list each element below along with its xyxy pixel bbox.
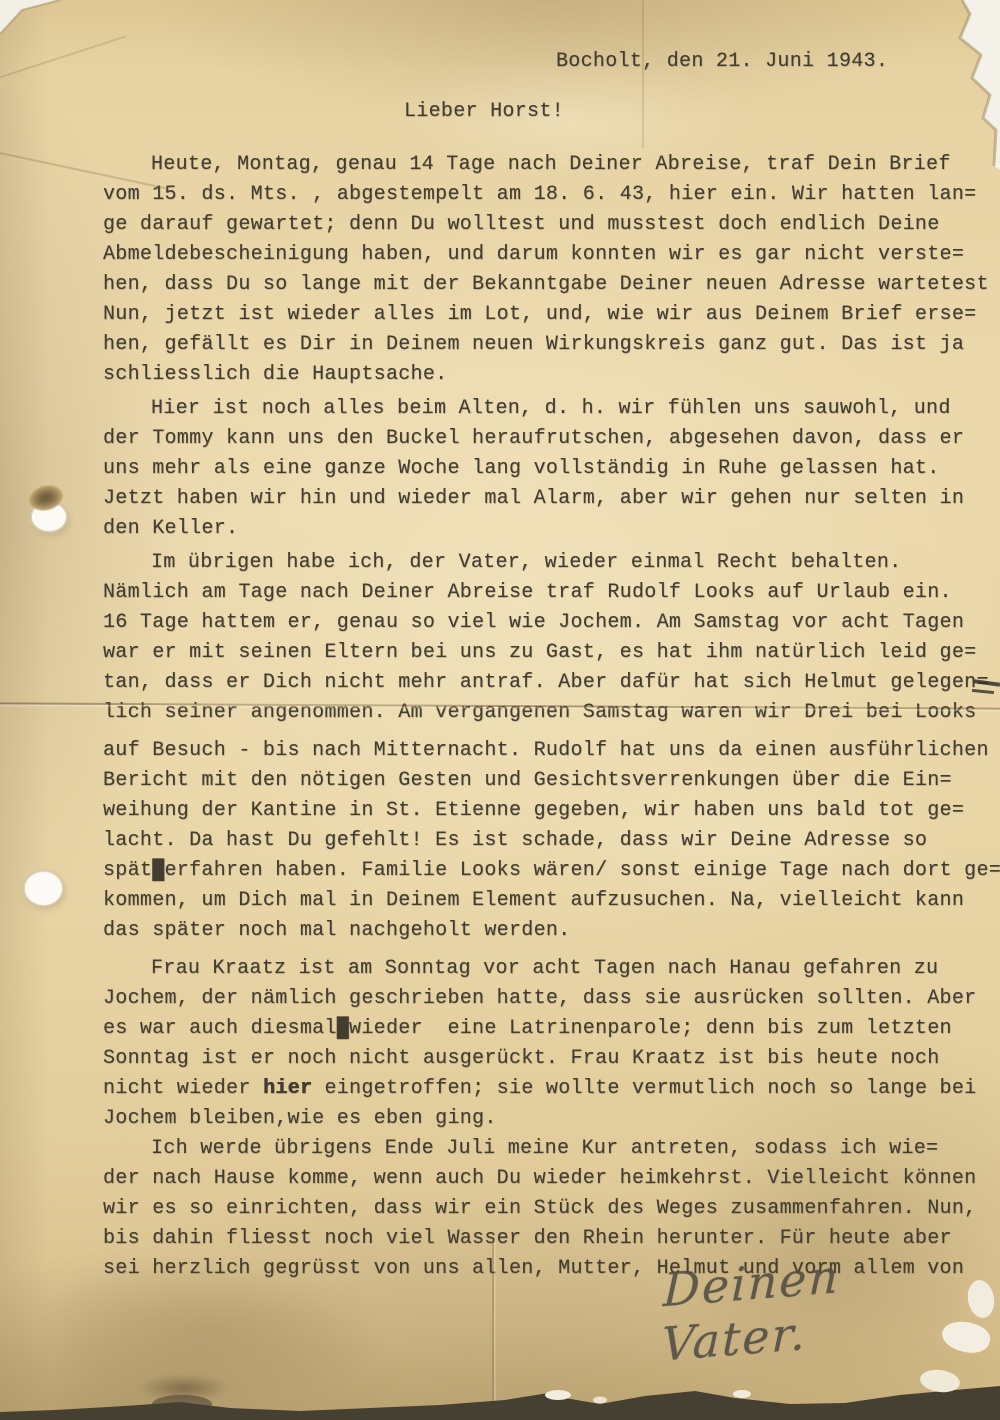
letter-line: vom 15. ds. Mts. , abgestempelt am 18. 6… — [103, 180, 1000, 210]
letter-line: Nämlich am Tage nach Deiner Abreise traf… — [103, 578, 1000, 608]
letter-line: weihung der Kantine in St. Etienne gegeb… — [103, 796, 1000, 826]
letter-line: wir es so einrichten, dass wir ein Stück… — [103, 1194, 1000, 1224]
letter-line: Jochem, der nämlich geschrieben hatte, d… — [103, 984, 1000, 1014]
letter-line: 16 Tage hattem er, genau so viel wie Joc… — [103, 608, 1000, 638]
fold-crease-vertical — [642, 0, 644, 148]
letter-line-emphasized: nicht wieder hier eingetroffen; sie woll… — [103, 1074, 1000, 1104]
letter-line: der nach Hause komme, wenn auch Du wiede… — [103, 1164, 1000, 1194]
letter-line: Jetzt haben wir hin und wieder mal Alarm… — [103, 484, 1000, 514]
letter-line: Abmeldebescheinigung haben, und darum ko… — [103, 240, 1000, 270]
letter-line: Bericht mit den nötigen Gesten und Gesic… — [103, 766, 1000, 796]
letter-line: ge darauf gewartet; denn Du wolltest und… — [103, 210, 1000, 240]
torn-edge-bottom — [0, 1382, 1000, 1420]
letter-line: das später noch mal nachgeholt werden. — [103, 916, 1000, 946]
letter-line: Jochem bleiben,wie es eben ging. — [103, 1104, 1000, 1134]
letter-line: spät█erfahren haben. Familie Looks wären… — [103, 856, 1000, 886]
dateline: Bocholt, den 21. Juni 1943. — [556, 47, 888, 77]
letter-line: Im übrigen habe ich, der Vater, wieder e… — [103, 548, 1000, 578]
letter-line: es war auch diesmal█wieder eine Latrinen… — [103, 1014, 1000, 1044]
letter-line: Frau Kraatz ist am Sonntag vor acht Tage… — [103, 954, 1000, 984]
punch-hole-bottom — [25, 872, 62, 905]
letter-line: hen, dass Du so lange mit der Bekanntgab… — [103, 270, 1000, 300]
torn-corner-top-left — [0, 0, 70, 40]
letter-line: lich seiner angenommen. Am vergangenen S… — [103, 698, 1000, 728]
letter-line: Sonntag ist er noch nicht ausgerückt. Fr… — [103, 1044, 1000, 1074]
letter-line: schliesslich die Hauptsache. — [103, 360, 1000, 390]
letter-line: auf Besuch - bis nach Mitternacht. Rudol… — [103, 736, 1000, 766]
letter-line: uns mehr als eine ganze Woche lang volls… — [103, 454, 1000, 484]
letter-line: Heute, Montag, genau 14 Tage nach Deiner… — [103, 150, 1000, 180]
scanned-letter-page: Bocholt, den 21. Juni 1943. Lieber Horst… — [0, 0, 1000, 1420]
letter-line: war er mit seinen Eltern bei uns zu Gast… — [103, 638, 1000, 668]
paragraph-4: Frau Kraatz ist am Sonntag vor acht Tage… — [103, 954, 1000, 1134]
paragraph-3: Im übrigen habe ich, der Vater, wieder e… — [103, 548, 1000, 946]
emphasized-word: hier — [263, 1077, 312, 1100]
letter-body: Heute, Montag, genau 14 Tage nach Deiner… — [103, 150, 1000, 1284]
letter-line: Hier ist noch alles beim Alten, d. h. wi… — [103, 394, 1000, 424]
letter-line: hen, gefällt es Dir in Deinem neuen Wirk… — [103, 330, 1000, 360]
salutation: Lieber Horst! — [404, 97, 564, 127]
line-segment: eingetroffen; sie wollte vermutlich noch… — [312, 1077, 976, 1100]
letter-line: tan, dass er Dich nicht mehr antraf. Abe… — [103, 668, 1000, 698]
letter-line: Ich werde übrigens Ende Juli meine Kur a… — [103, 1134, 1000, 1164]
letter-line: Nun, jetzt ist wieder alles im Lot, und,… — [103, 300, 1000, 330]
paragraph-2: Hier ist noch alles beim Alten, d. h. wi… — [103, 394, 1000, 544]
line-segment: nicht wieder — [103, 1077, 263, 1100]
letter-line: der Tommy kann uns den Buckel heraufruts… — [103, 424, 1000, 454]
torn-corner-top-right — [936, 0, 1000, 170]
letter-line: den Keller. — [103, 514, 1000, 544]
letter-line: kommen, um Dich mal in Deinem Element au… — [103, 886, 1000, 916]
paragraph-1: Heute, Montag, genau 14 Tage nach Deiner… — [103, 150, 1000, 390]
letter-line: lacht. Da hast Du gefehlt! Es ist schade… — [103, 826, 1000, 856]
